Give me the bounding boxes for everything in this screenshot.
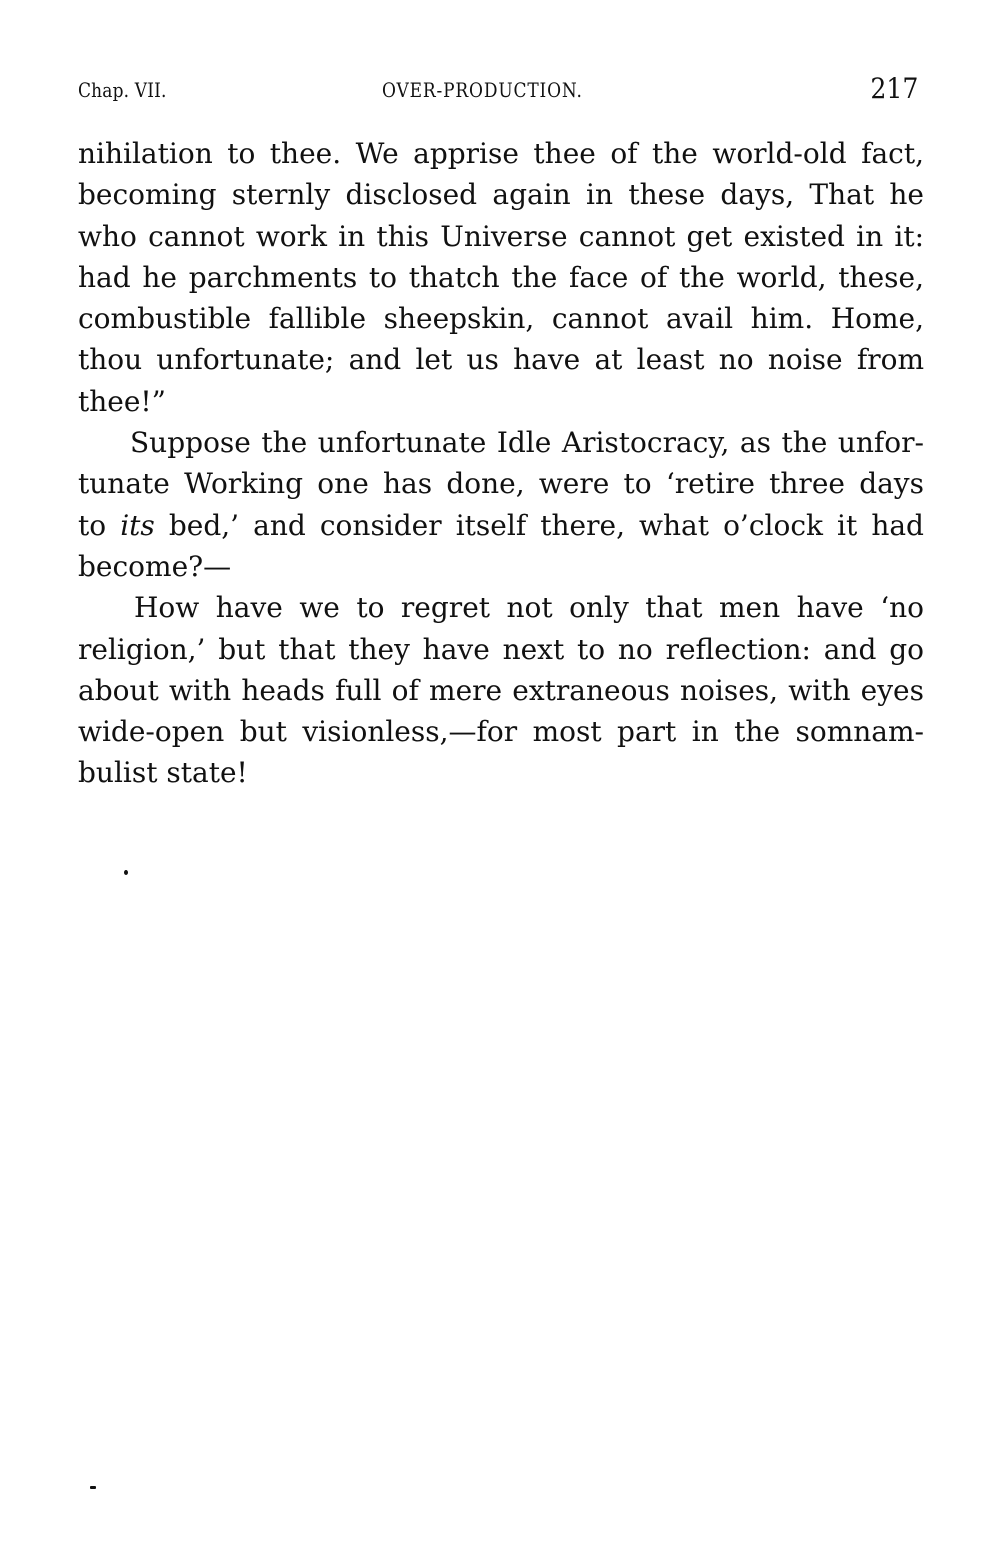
text-line: nihilation to thee. We apprise thee of t…: [78, 133, 924, 174]
paragraph-2: Suppose the unfortunate Idle Aristocracy…: [78, 422, 924, 587]
paragraph-1: nihilation to thee. We apprise thee of t…: [78, 133, 924, 422]
book-page: Chap. VII. OVER-PRODUCTION. 217 nihilati…: [0, 0, 1000, 1564]
text-line: become?—: [78, 546, 924, 587]
italic-word: its: [120, 509, 155, 542]
text-line: combustible fallible sheepskin, cannot a…: [78, 298, 924, 339]
text-line: wide-open but visionless,—for most part …: [78, 711, 924, 752]
text-line: tunate Working one has done, were to ‘re…: [78, 463, 924, 504]
chapter-title: OVER-PRODUCTION.: [382, 78, 583, 102]
text-line: How have we to regret not only that men …: [78, 587, 924, 628]
text-line: to its bed,’ and consider itself there, …: [78, 505, 924, 546]
text-line: bulist state!: [78, 752, 924, 793]
scan-speck: [90, 1486, 96, 1489]
page-number: 217: [870, 72, 918, 105]
text-fragment: bed,’ and consider itself there, what o’…: [155, 509, 924, 542]
text-fragment: to: [78, 509, 120, 542]
text-line: about with heads full of mere extraneous…: [78, 670, 924, 711]
scan-speck: [124, 870, 128, 875]
text-line: who cannot work in this Universe cannot …: [78, 216, 924, 257]
text-line: had he parchments to thatch the face of …: [78, 257, 924, 298]
body-text: nihilation to thee. We apprise thee of t…: [78, 133, 924, 794]
text-line: becoming sternly disclosed again in thes…: [78, 174, 924, 215]
paragraph-3: How have we to regret not only that men …: [78, 587, 924, 793]
text-line: religion,’ but that they have next to no…: [78, 629, 924, 670]
text-line: Suppose the unfortunate Idle Aristocracy…: [78, 422, 924, 463]
text-line: thee!”: [78, 381, 924, 422]
text-line: thou unfortunate; and let us have at lea…: [78, 339, 924, 380]
running-head: Chap. VII. OVER-PRODUCTION. 217: [78, 72, 922, 106]
chapter-label: Chap. VII.: [78, 78, 167, 102]
